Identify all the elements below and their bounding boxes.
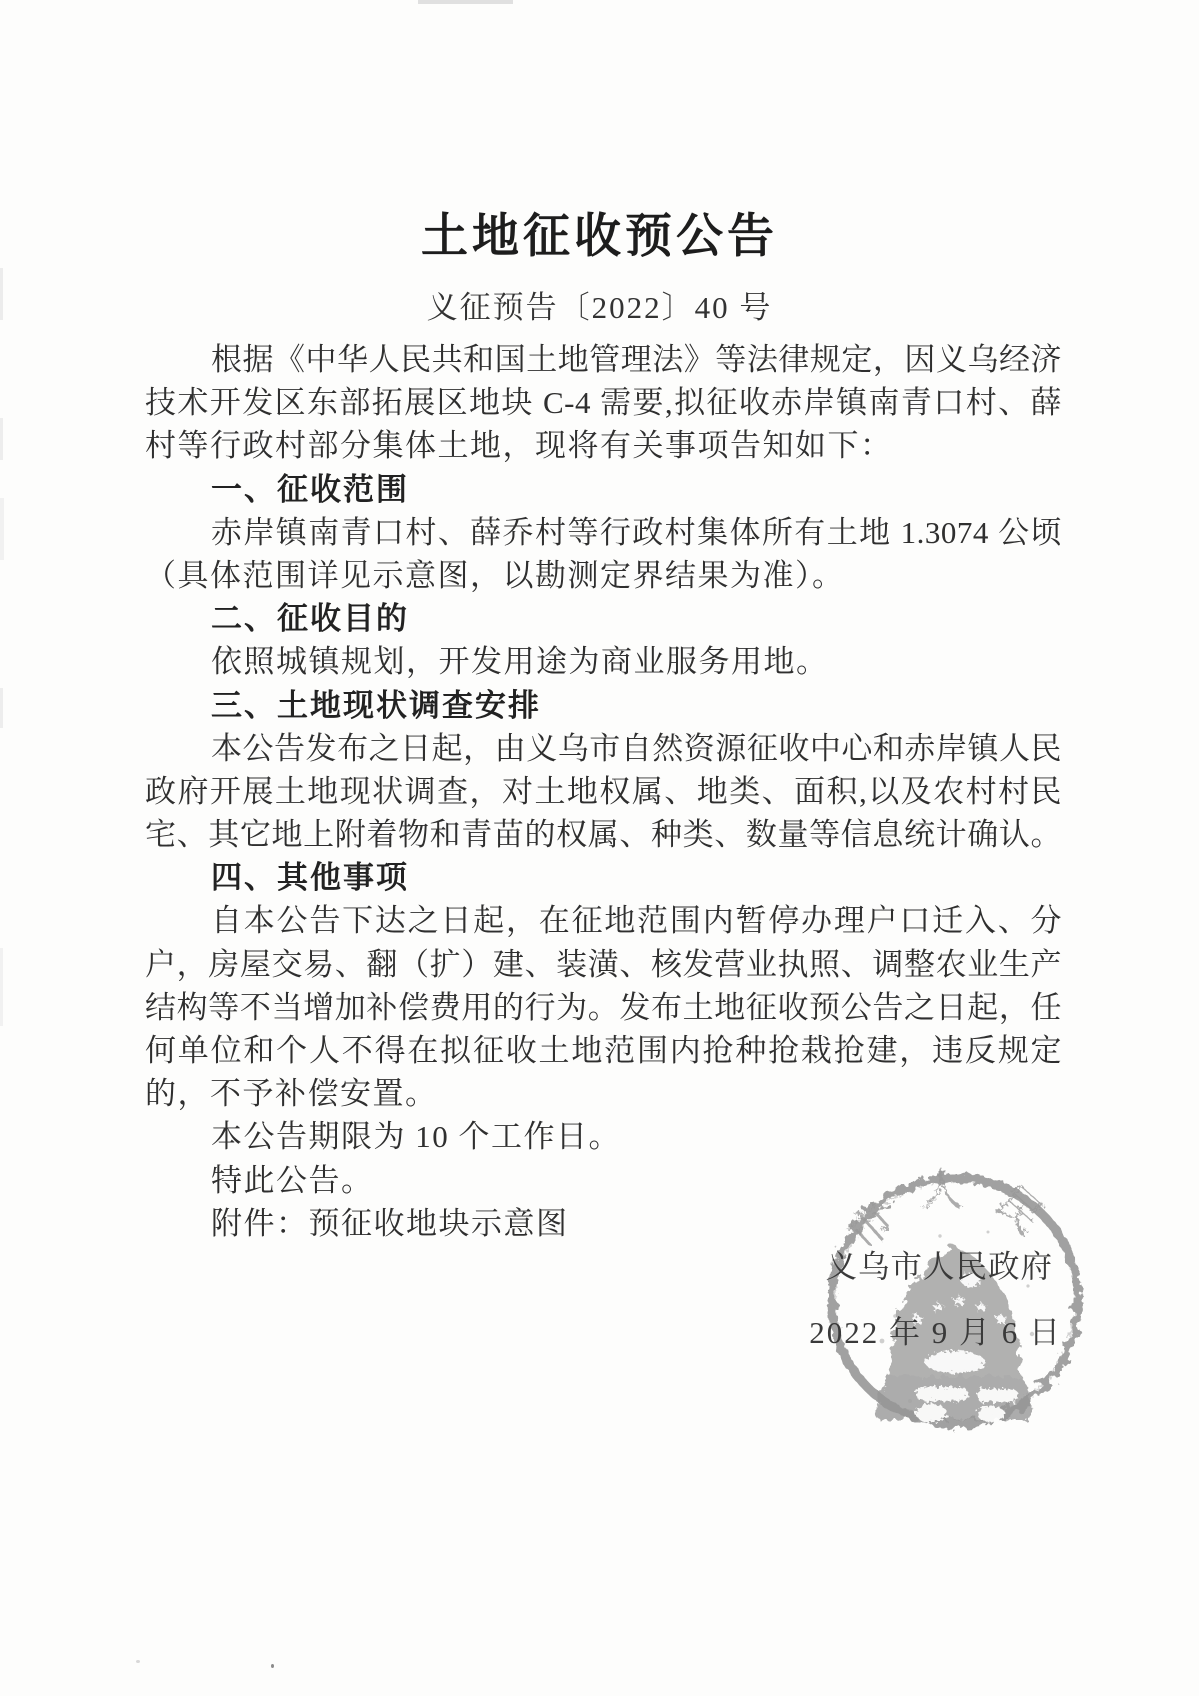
issuer-signature: 义乌市人民政府 [825,1247,1053,1287]
body-line: 本公告发布之日起，由义乌市自然资源征收中心和赤岸镇人民 [145,727,1062,770]
body-line: 政府开展土地现状调查，对土地权属、地类、面积,以及农村村民住 [145,770,1062,813]
body-line: 根据《中华人民共和国土地管理法》等法律规定，因义乌经济 [145,338,1062,381]
body-line: 户，房屋交易、翻（扩）建、装潢、核发营业执照、调整农业生产 [145,943,1062,986]
scan-artifact [0,418,3,460]
government-seal-icon: 市人民 [820,1166,1090,1436]
section-heading-2: 二、征收目的 [145,597,1062,640]
scan-speck [271,1664,274,1668]
page-title: 土地征收预公告 [0,204,1199,268]
section-heading-1: 一、征收范围 [145,468,1062,511]
scan-artifact [0,948,3,1026]
body-line: 自本公告下达之日起，在征地范围内暂停办理户口迁入、分 [145,899,1062,942]
scan-artifact [0,498,4,560]
section-heading-4: 四、其他事项 [145,856,1062,899]
section-heading-3: 三、土地现状调查安排 [145,684,1062,727]
scanned-document-page: 土地征收预公告 义征预告〔2022〕40 号 根据《中华人民共和国土地管理法》等… [0,0,1199,1696]
scan-artifact [0,688,3,728]
body-line: 的，不予补偿安置。 [145,1072,1062,1115]
issue-date: 2022 年 9 月 6 日 [809,1313,1062,1353]
body-line: 技术开发区东部拓展区地块 C-4 需要,拟征收赤岸镇南青口村、薛乔 [145,381,1062,424]
body-line: 结构等不当增加补偿费用的行为。发布土地征收预公告之日起，任 [145,986,1062,1029]
body-text: 根据《中华人民共和国土地管理法》等法律规定，因义乌经济 技术开发区东部拓展区地块… [145,338,1062,1245]
scan-artifact [418,0,513,4]
body-line: 何单位和个人不得在拟征收土地范围内抢种抢栽抢建，违反规定 [145,1029,1062,1072]
body-line: 本公告期限为 10 个工作日。 [145,1115,1062,1158]
scan-speck [136,1660,140,1663]
document-number: 义征预告〔2022〕40 号 [0,288,1199,328]
body-line: （具体范围详见示意图，以勘测定界结果为准）。 [145,554,1062,597]
body-line: 村等行政村部分集体土地，现将有关事项告知如下： [145,424,1062,467]
body-line: 宅、其它地上附着物和青苗的权属、种类、数量等信息统计确认。 [145,813,1062,856]
body-line: 依照城镇规划，开发用途为商业服务用地。 [145,640,1062,683]
body-line: 赤岸镇南青口村、薛乔村等行政村集体所有土地 1.3074 公顷 [145,511,1062,554]
